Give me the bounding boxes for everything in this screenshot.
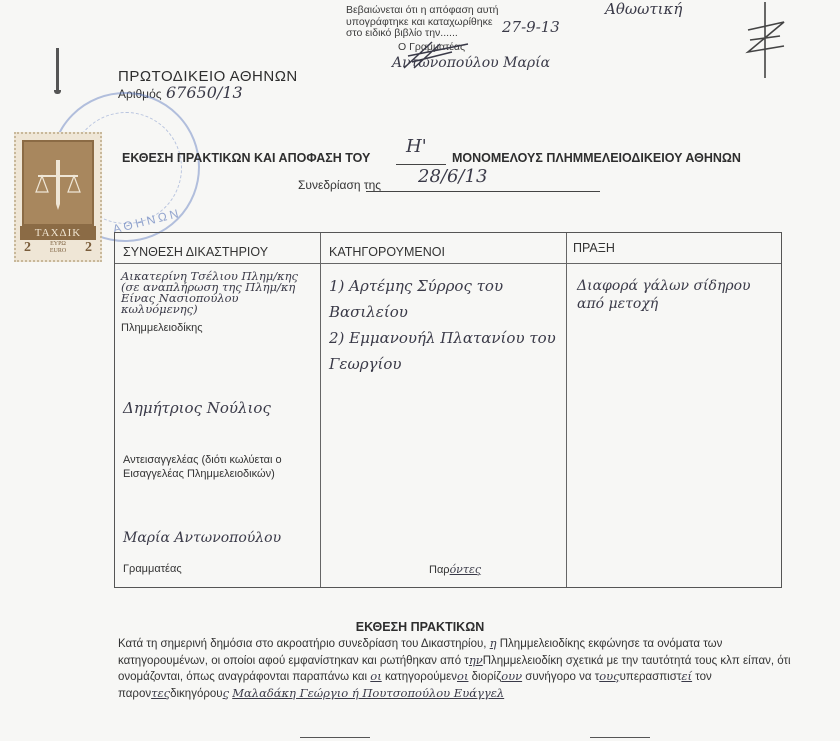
- stamp-label: ΤΑΧΔΙΚ: [20, 226, 96, 240]
- filled-field: ην: [469, 653, 483, 667]
- stamp-value: 2: [85, 240, 92, 256]
- certification-signer: Αντωνοπούλου Μαρία: [392, 55, 550, 71]
- filled-field: οι: [370, 669, 381, 683]
- prosecutor-name: Δημήτριος Νούλιος: [123, 401, 271, 415]
- verdict-annotation: Αθωωτική: [605, 0, 682, 18]
- judge-role: Πλημμελειοδίκης: [121, 322, 203, 334]
- defendant-item: 2) Εμμανουήλ Πλατανίου του Γεωργίου: [329, 325, 561, 377]
- scales-of-justice-icon: [34, 158, 82, 210]
- filled-field: η: [490, 636, 497, 650]
- case-number-value: 67650/13: [166, 83, 243, 102]
- header-defendants: ΚΑΤΗΓΟΡΟΥΜΕΝΟΙ: [329, 245, 445, 259]
- certification-line: Βεβαιώνεται ότι η απόφαση αυτή: [346, 5, 586, 17]
- defendant-item: 1) Αρτέμης Σύρρος του Βασιλείου: [329, 273, 561, 325]
- presence-prefix: Παρ: [429, 564, 450, 576]
- filled-field: τες: [151, 686, 170, 700]
- filled-field: εί: [681, 669, 692, 683]
- court-section-value: Η': [406, 136, 427, 157]
- certification-date: 27-9-13: [502, 18, 560, 36]
- blank-line: [300, 737, 370, 738]
- secretary-role: Γραμματέας: [123, 563, 182, 575]
- pen-mark: [56, 48, 59, 90]
- presence-handwritten: όντες: [450, 563, 481, 576]
- filled-field: ους: [599, 669, 619, 683]
- minutes-body: Κατά τη σημερινή δημόσια στο ακροατήριο …: [58, 636, 798, 702]
- header-act: ΠΡΑΞΗ: [573, 241, 615, 255]
- header-court-composition: ΣΥΝΘΕΣΗ ΔΙΚΑΣΤΗΡΙΟΥ: [123, 245, 268, 259]
- report-title-prefix: ΕΚΘΕΣΗ ΠΡΑΚΤΙΚΩΝ ΚΑΙ ΑΠΟΦΑΣΗ ΤΟΥ: [122, 151, 370, 165]
- offense-description: Διαφορά γάλων σίδηρου από μετοχή: [577, 277, 777, 313]
- session-date: 28/6/13: [418, 166, 487, 187]
- composition-table: ΣΥΝΘΕΣΗ ΔΙΚΑΣΤΗΡΙΟΥ ΚΑΤΗΓΟΡΟΥΜΕΝΟΙ ΠΡΑΞΗ…: [114, 232, 782, 588]
- stamp-value: 2: [24, 240, 31, 256]
- revenue-stamp: ΤΑΧΔΙΚ 2 ΕΥΡΩ EURO 2: [14, 132, 102, 262]
- lawyer-names: Μαλαδάκη Γεώργιο ή Πουτσοπούλου Ευάγγελ: [232, 686, 504, 700]
- filled-field: οι: [457, 669, 468, 683]
- presence-status: Παρόντες: [429, 563, 481, 576]
- report-title-suffix: ΜΟΝΟΜΕΛΟΥΣ ΠΛΗΜΜΕΛΕΙΟΔΙΚΕΙΟΥ ΑΘΗΝΩΝ: [452, 151, 741, 165]
- signature-icon: [740, 0, 790, 80]
- minutes-title: ΕΚΘΕΣΗ ΠΡΑΚΤΙΚΩΝ: [0, 620, 840, 634]
- stamp-currency: ΕΥΡΩ EURO: [46, 241, 70, 255]
- judge-name: Αικατερίνη Τσέλιου Πλημ/κης (σε αναπλήρω…: [121, 271, 317, 315]
- blank-line: [590, 737, 650, 738]
- secretary-name: Μαρία Αντωνοπούλου: [123, 531, 281, 545]
- filled-field: ουν: [501, 669, 522, 683]
- minutes-paragraph: Κατά τη σημερινή δημόσια στο ακροατήριο …: [58, 636, 798, 702]
- prosecutor-role: Αντεισαγγελέας (διότι κωλύεται ο Εισαγγε…: [123, 453, 313, 481]
- filled-field: ς: [223, 686, 229, 700]
